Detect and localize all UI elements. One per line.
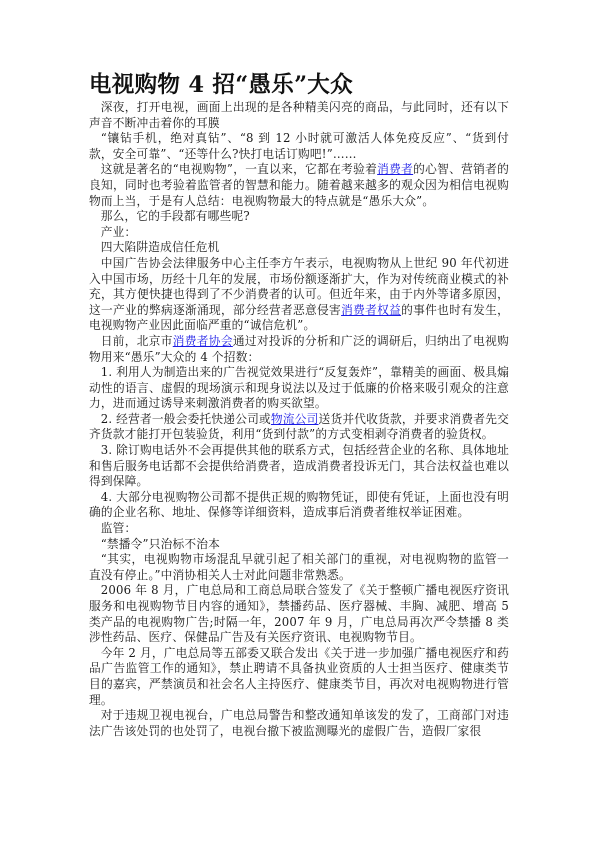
paragraph: “禁播令”只治标不治本 [89, 537, 509, 553]
paragraph: 4. 大部分电视购物公司都不提供正规的购物凭证，即使有凭证，上面也没有明确的企业… [89, 490, 509, 521]
paragraph: 3. 除订购电话外不会再提供其他的联系方式，包括经营企业的名称、具体地址和售后服… [89, 443, 509, 490]
document-page: 电视购物 4 招“愚乐”大众 深夜，打开电视，画面上出现的是各种精美闪亮的商品，… [89, 72, 509, 739]
paragraph-text: 2. 经营者一般会委托快递公司或 [101, 412, 271, 426]
paragraph: 中国广告协会法律服务中心主任李方午表示，电视购物从上世纪 90 年代初进入中国市… [89, 256, 509, 334]
paragraph-text: 监管： [101, 521, 137, 535]
inline-link[interactable]: 消费者权益 [341, 303, 401, 317]
paragraph-text: 这就是著名的“电视购物”，一直以来，它都在考验着 [101, 162, 377, 176]
paragraph-text: 深夜，打开电视，画面上出现的是各种精美闪亮的商品，与此同时，还有以下声音不断冲击… [89, 100, 509, 130]
paragraph-text: 4. 大部分电视购物公司都不提供正规的购物凭证，即使有凭证，上面也没有明确的企业… [89, 490, 509, 520]
inline-link[interactable]: 消费者协会 [173, 334, 233, 348]
paragraph-text: 1. 利用人为制造出来的广告视觉效果进行“反复轰炸”，靠精美的画面、极具煽动性的… [89, 365, 509, 410]
paragraph-text: 对于违规卫视电视台，广电总局警告和整改通知单该发的发了，工商部门对违法广告该处罚… [89, 708, 509, 738]
paragraph-text: 那么，它的手段都有哪些呢? [101, 209, 250, 223]
paragraph-text: “禁播令”只治标不治本 [101, 537, 220, 551]
paragraph-text: 四大陷阱造成信任危机 [101, 240, 220, 254]
paragraph: 那么，它的手段都有哪些呢? [89, 209, 509, 225]
inline-link[interactable]: 消费者 [377, 162, 413, 176]
paragraph: 这就是著名的“电视购物”，一直以来，它都在考验着消费者的心智、营销者的良知，同时… [89, 162, 509, 209]
paragraph: 对于违规卫视电视台，广电总局警告和整改通知单该发的发了，工商部门对违法广告该处罚… [89, 708, 509, 739]
paragraph: “其实，电视购物市场混乱早就引起了相关部门的重视，对电视购物的监管一直没有停止。… [89, 552, 509, 583]
paragraph: 深夜，打开电视，画面上出现的是各种精美闪亮的商品，与此同时，还有以下声音不断冲击… [89, 100, 509, 131]
inline-link[interactable]: 物流公司 [271, 412, 319, 426]
paragraph: “镶钻手机，绝对真钻”、“8 到 12 小时就可激活人体免疫反应”、“货到付款，… [89, 131, 509, 162]
paragraph-text: “其实，电视购物市场混乱早就引起了相关部门的重视，对电视购物的监管一直没有停止。… [89, 552, 509, 582]
paragraph: 今年 2 月，广电总局等五部委又联合发出《关于进一步加强广播电视医疗和药品广告监… [89, 646, 509, 708]
article-body: 深夜，打开电视，画面上出现的是各种精美闪亮的商品，与此同时，还有以下声音不断冲击… [89, 100, 509, 739]
paragraph-text: 产业： [101, 225, 137, 239]
paragraph-text: “镶钻手机，绝对真钻”、“8 到 12 小时就可激活人体免疫反应”、“货到付款，… [89, 131, 509, 161]
paragraph-text: 今年 2 月，广电总局等五部委又联合发出《关于进一步加强广播电视医疗和药品广告监… [89, 646, 509, 707]
paragraph: 监管： [89, 521, 509, 537]
paragraph: 四大陷阱造成信任危机 [89, 240, 509, 256]
article-title: 电视购物 4 招“愚乐”大众 [89, 72, 509, 98]
paragraph-text: 2006 年 8 月，广电总局和工商总局联合签发了《关于整顿广播电视医疗资讯服务… [89, 583, 509, 644]
paragraph: 日前，北京市消费者协会通过对投诉的分析和广泛的调研后，归纳出了电视购物用来“愚乐… [89, 334, 509, 365]
paragraph-text: 日前，北京市 [101, 334, 173, 348]
paragraph: 2. 经营者一般会委托快递公司或物流公司送货并代收货款，并要求消费者先交齐货款才… [89, 412, 509, 443]
paragraph-text: 3. 除订购电话外不会再提供其他的联系方式，包括经营企业的名称、具体地址和售后服… [89, 443, 509, 488]
paragraph: 产业： [89, 225, 509, 241]
paragraph: 1. 利用人为制造出来的广告视觉效果进行“反复轰炸”，靠精美的画面、极具煽动性的… [89, 365, 509, 412]
paragraph: 2006 年 8 月，广电总局和工商总局联合签发了《关于整顿广播电视医疗资讯服务… [89, 583, 509, 645]
